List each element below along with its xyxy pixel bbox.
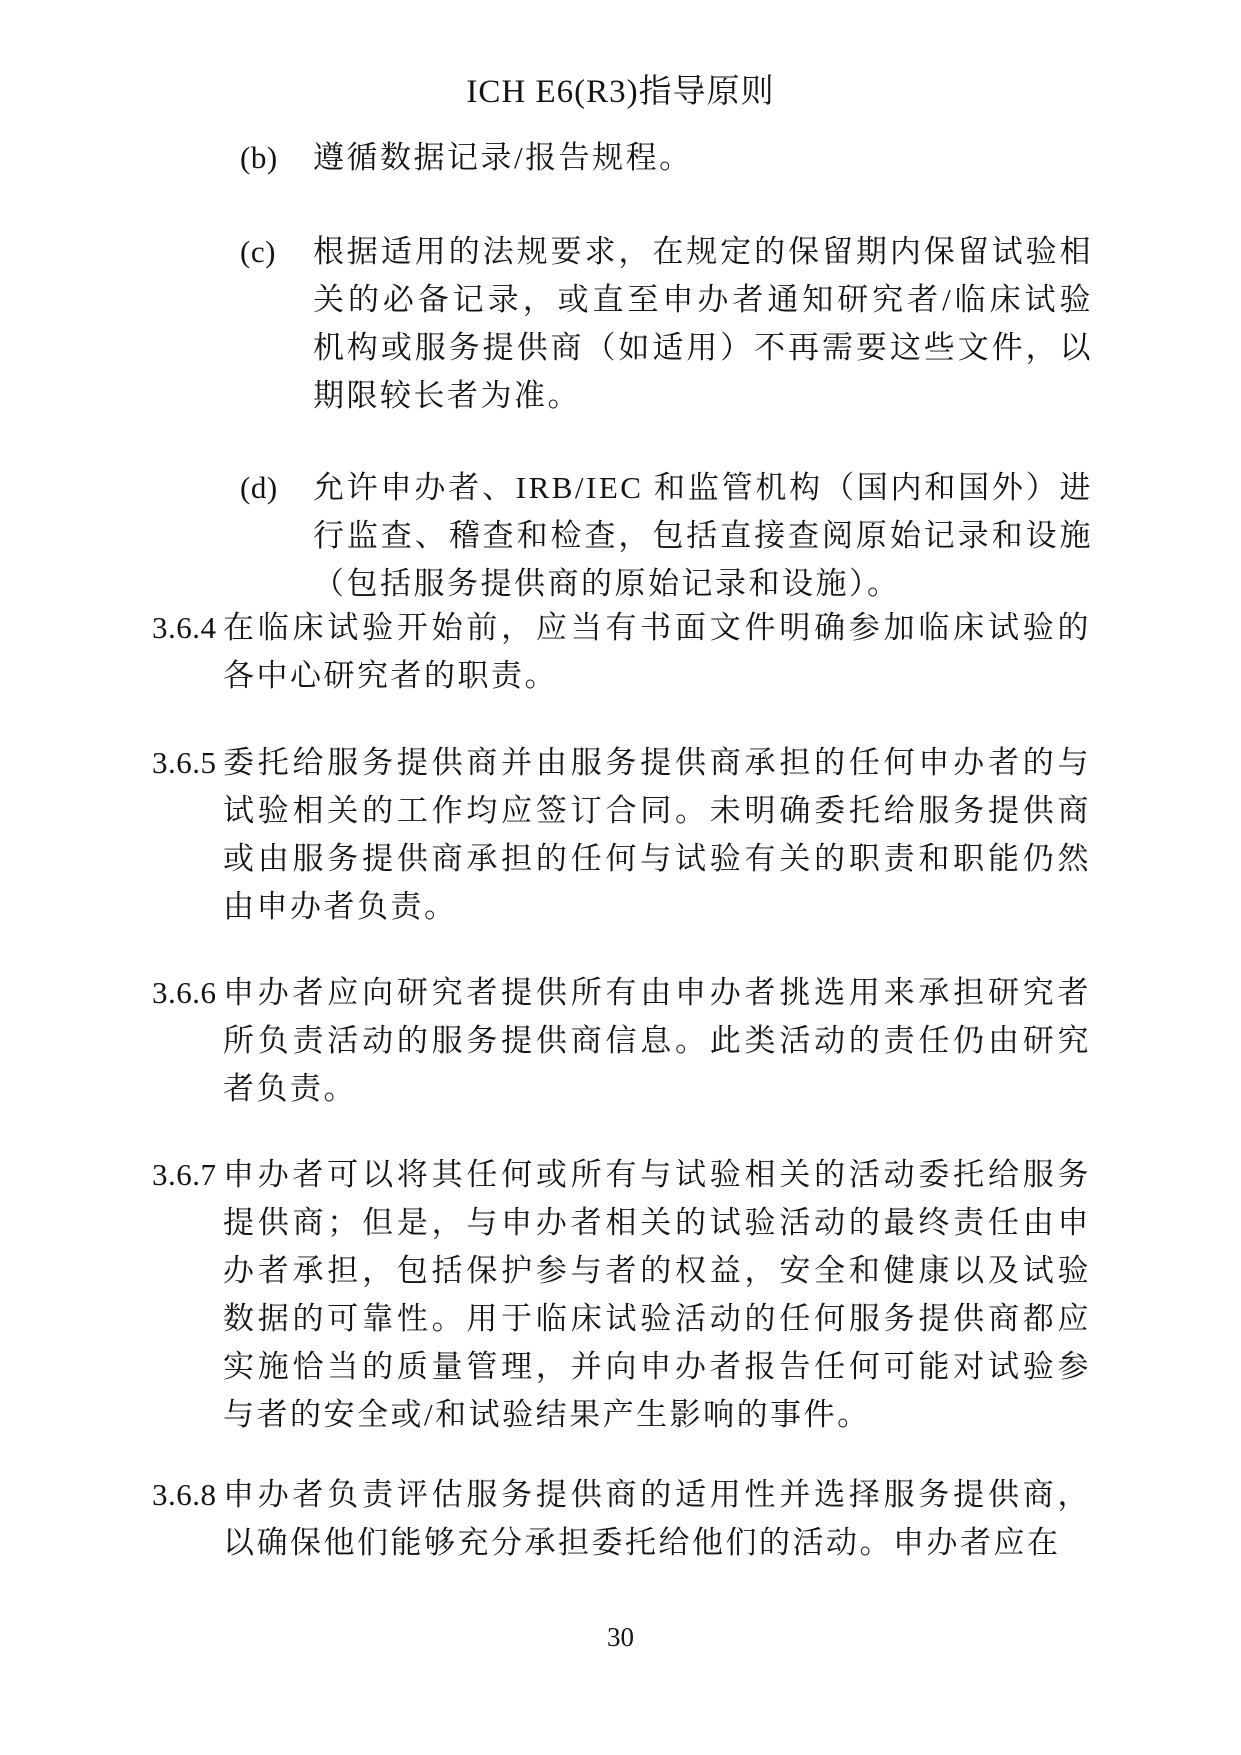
section-number: 3.6.4 [152,604,223,700]
list-item-label: (d) [240,464,313,608]
section-3-6-8: 3.6.8 申办者负责评估服务提供商的适用性并选择服务提供商，以确保他们能够充分… [152,1471,1091,1567]
section-text: 在临床试验开始前，应当有书面文件明确参加临床试验的各中心研究者的职责。 [223,604,1091,700]
section-3-6-5: 3.6.5 委托给服务提供商并由服务提供商承担的任何申办者的与试验相关的工作均应… [152,739,1091,931]
section-text: 申办者应向研究者提供所有由申办者挑选用来承担研究者所负责活动的服务提供商信息。此… [223,969,1091,1113]
section-3-6-7: 3.6.7 申办者可以将其任何或所有与试验相关的活动委托给服务提供商；但是，与申… [152,1151,1091,1439]
section-number: 3.6.5 [152,739,223,931]
list-item-label: (c) [240,228,313,420]
list-item-text: 遵循数据记录/报告规程。 [313,134,1093,182]
page-title: ICH E6(R3)指导原则 [0,72,1241,112]
section-number: 3.6.8 [152,1471,223,1567]
section-text: 委托给服务提供商并由服务提供商承担的任何申办者的与试验相关的工作均应签订合同。未… [223,739,1091,931]
list-item-d: (d) 允许申办者、IRB/IEC 和监管机构（国内和国外）进行监查、稽查和检查… [240,464,1093,608]
list-item-b: (b) 遵循数据记录/报告规程。 [240,134,1093,182]
document-page: ICH E6(R3)指导原则 (b) 遵循数据记录/报告规程。 (c) 根据适用… [0,0,1241,1755]
section-3-6-4: 3.6.4 在临床试验开始前，应当有书面文件明确参加临床试验的各中心研究者的职责… [152,604,1091,700]
list-item-text: 允许申办者、IRB/IEC 和监管机构（国内和国外）进行监查、稽查和检查，包括直… [313,464,1093,608]
section-3-6-6: 3.6.6 申办者应向研究者提供所有由申办者挑选用来承担研究者所负责活动的服务提… [152,969,1091,1113]
section-number: 3.6.6 [152,969,223,1113]
section-text: 申办者负责评估服务提供商的适用性并选择服务提供商，以确保他们能够充分承担委托给他… [223,1471,1091,1567]
section-text: 申办者可以将其任何或所有与试验相关的活动委托给服务提供商；但是，与申办者相关的试… [223,1151,1091,1439]
section-number: 3.6.7 [152,1151,223,1439]
list-item-text: 根据适用的法规要求，在规定的保留期内保留试验相关的必备记录，或直至申办者通知研究… [313,228,1093,420]
page-number: 30 [0,1620,1241,1654]
list-item-c: (c) 根据适用的法规要求，在规定的保留期内保留试验相关的必备记录，或直至申办者… [240,228,1093,420]
list-item-label: (b) [240,134,313,182]
